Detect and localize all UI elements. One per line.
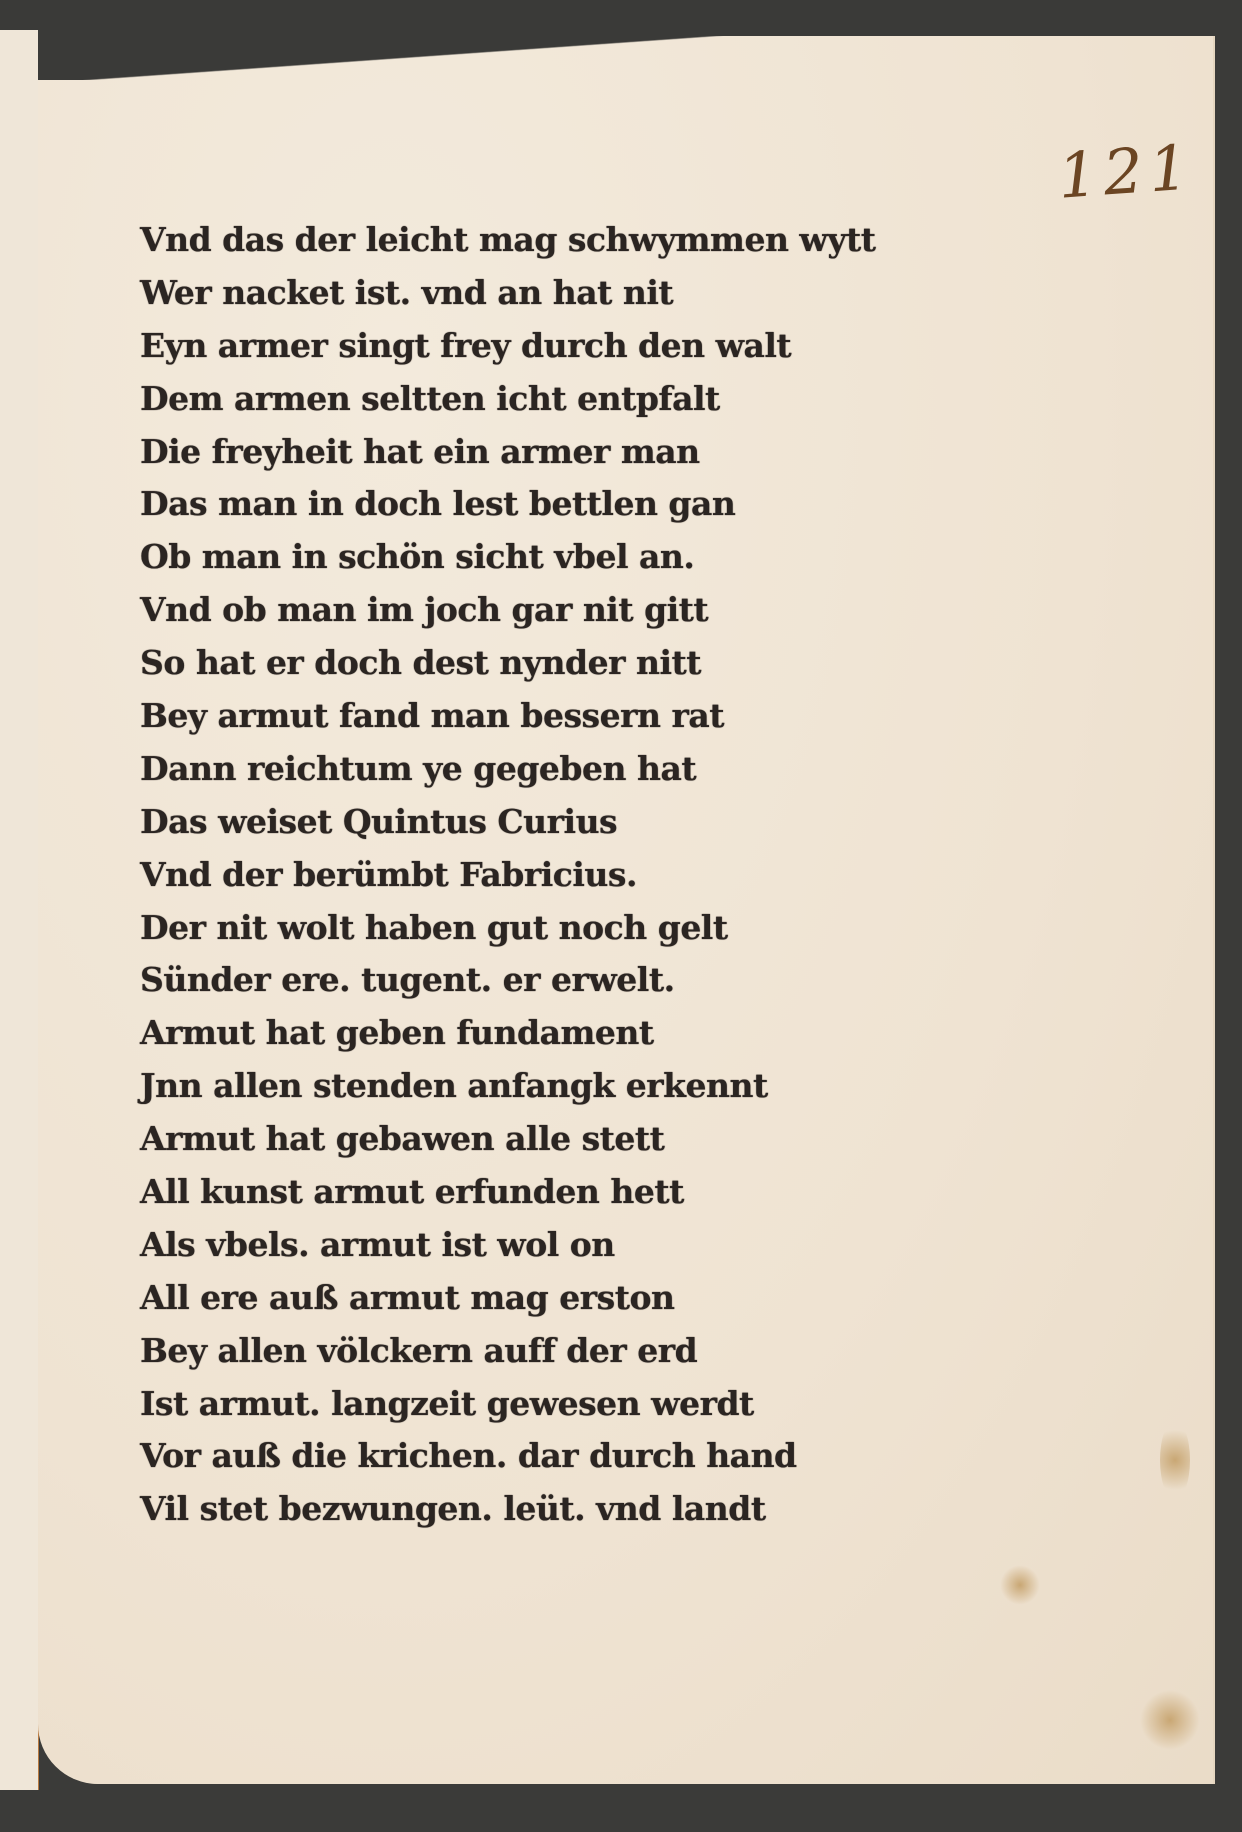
verse-line: Bey armut fand man bessern rat <box>140 690 1040 743</box>
verse-line: Wer nacket ist. vnd an hat nit <box>140 267 1040 320</box>
verse-line: Vnd der berümbt Fabricius. <box>140 849 1040 902</box>
verse-line: All ere auß armut mag erston <box>140 1272 1040 1325</box>
verse-line: So hat er doch dest nynder nitt <box>140 637 1040 690</box>
verse-line: Vor auß die krichen. dar durch hand <box>140 1430 1040 1483</box>
verse-line: Armut hat gebawen alle stett <box>140 1113 1040 1166</box>
verse-line: Als vbels. armut ist wol on <box>140 1219 1040 1272</box>
verse-line: Eyn armer singt frey durch den walt <box>140 320 1040 373</box>
verse-line: Vnd das der leicht mag schwymmen wytt <box>140 214 1040 267</box>
verse-line: Das man in doch lest bettlen gan <box>140 478 1040 531</box>
verse-line: Sünder ere. tugent. er erwelt. <box>140 954 1040 1007</box>
verse-text-block: Vnd das der leicht mag schwymmen wytt We… <box>140 214 1040 1536</box>
verse-line: Vnd ob man im joch gar nit gitt <box>140 584 1040 637</box>
verse-line: Die freyheit hat ein armer man <box>140 426 1040 479</box>
verse-line: Vil stet bezwungen. leüt. vnd landt <box>140 1483 1040 1536</box>
verse-line: Armut hat geben fundament <box>140 1007 1040 1060</box>
foxing-stain <box>1160 1420 1190 1500</box>
foxing-stain <box>1000 1565 1040 1605</box>
verse-line: All kunst armut erfunden hett <box>140 1166 1040 1219</box>
verse-line: Das weiset Quintus Curius <box>140 796 1040 849</box>
page-top-edge <box>38 30 1213 80</box>
verse-line: Bey allen völckern auff der erd <box>140 1325 1040 1378</box>
verse-line: Dem armen seltten icht entpfalt <box>140 373 1040 426</box>
verse-line: Ist armut. langzeit gewesen werdt <box>140 1378 1040 1431</box>
verse-line: Dann reichtum ye gegeben hat <box>140 743 1040 796</box>
verse-line: Der nit wolt haben gut noch gelt <box>140 902 1040 955</box>
foxing-stain <box>1140 1690 1200 1750</box>
folio-number: 121 <box>1056 130 1197 212</box>
verse-line: Jnn allen stenden anfangk erkennt <box>140 1060 1040 1113</box>
verse-line: Ob man in schön sicht vbel an. <box>140 531 1040 584</box>
facing-page-edge <box>0 30 39 1790</box>
